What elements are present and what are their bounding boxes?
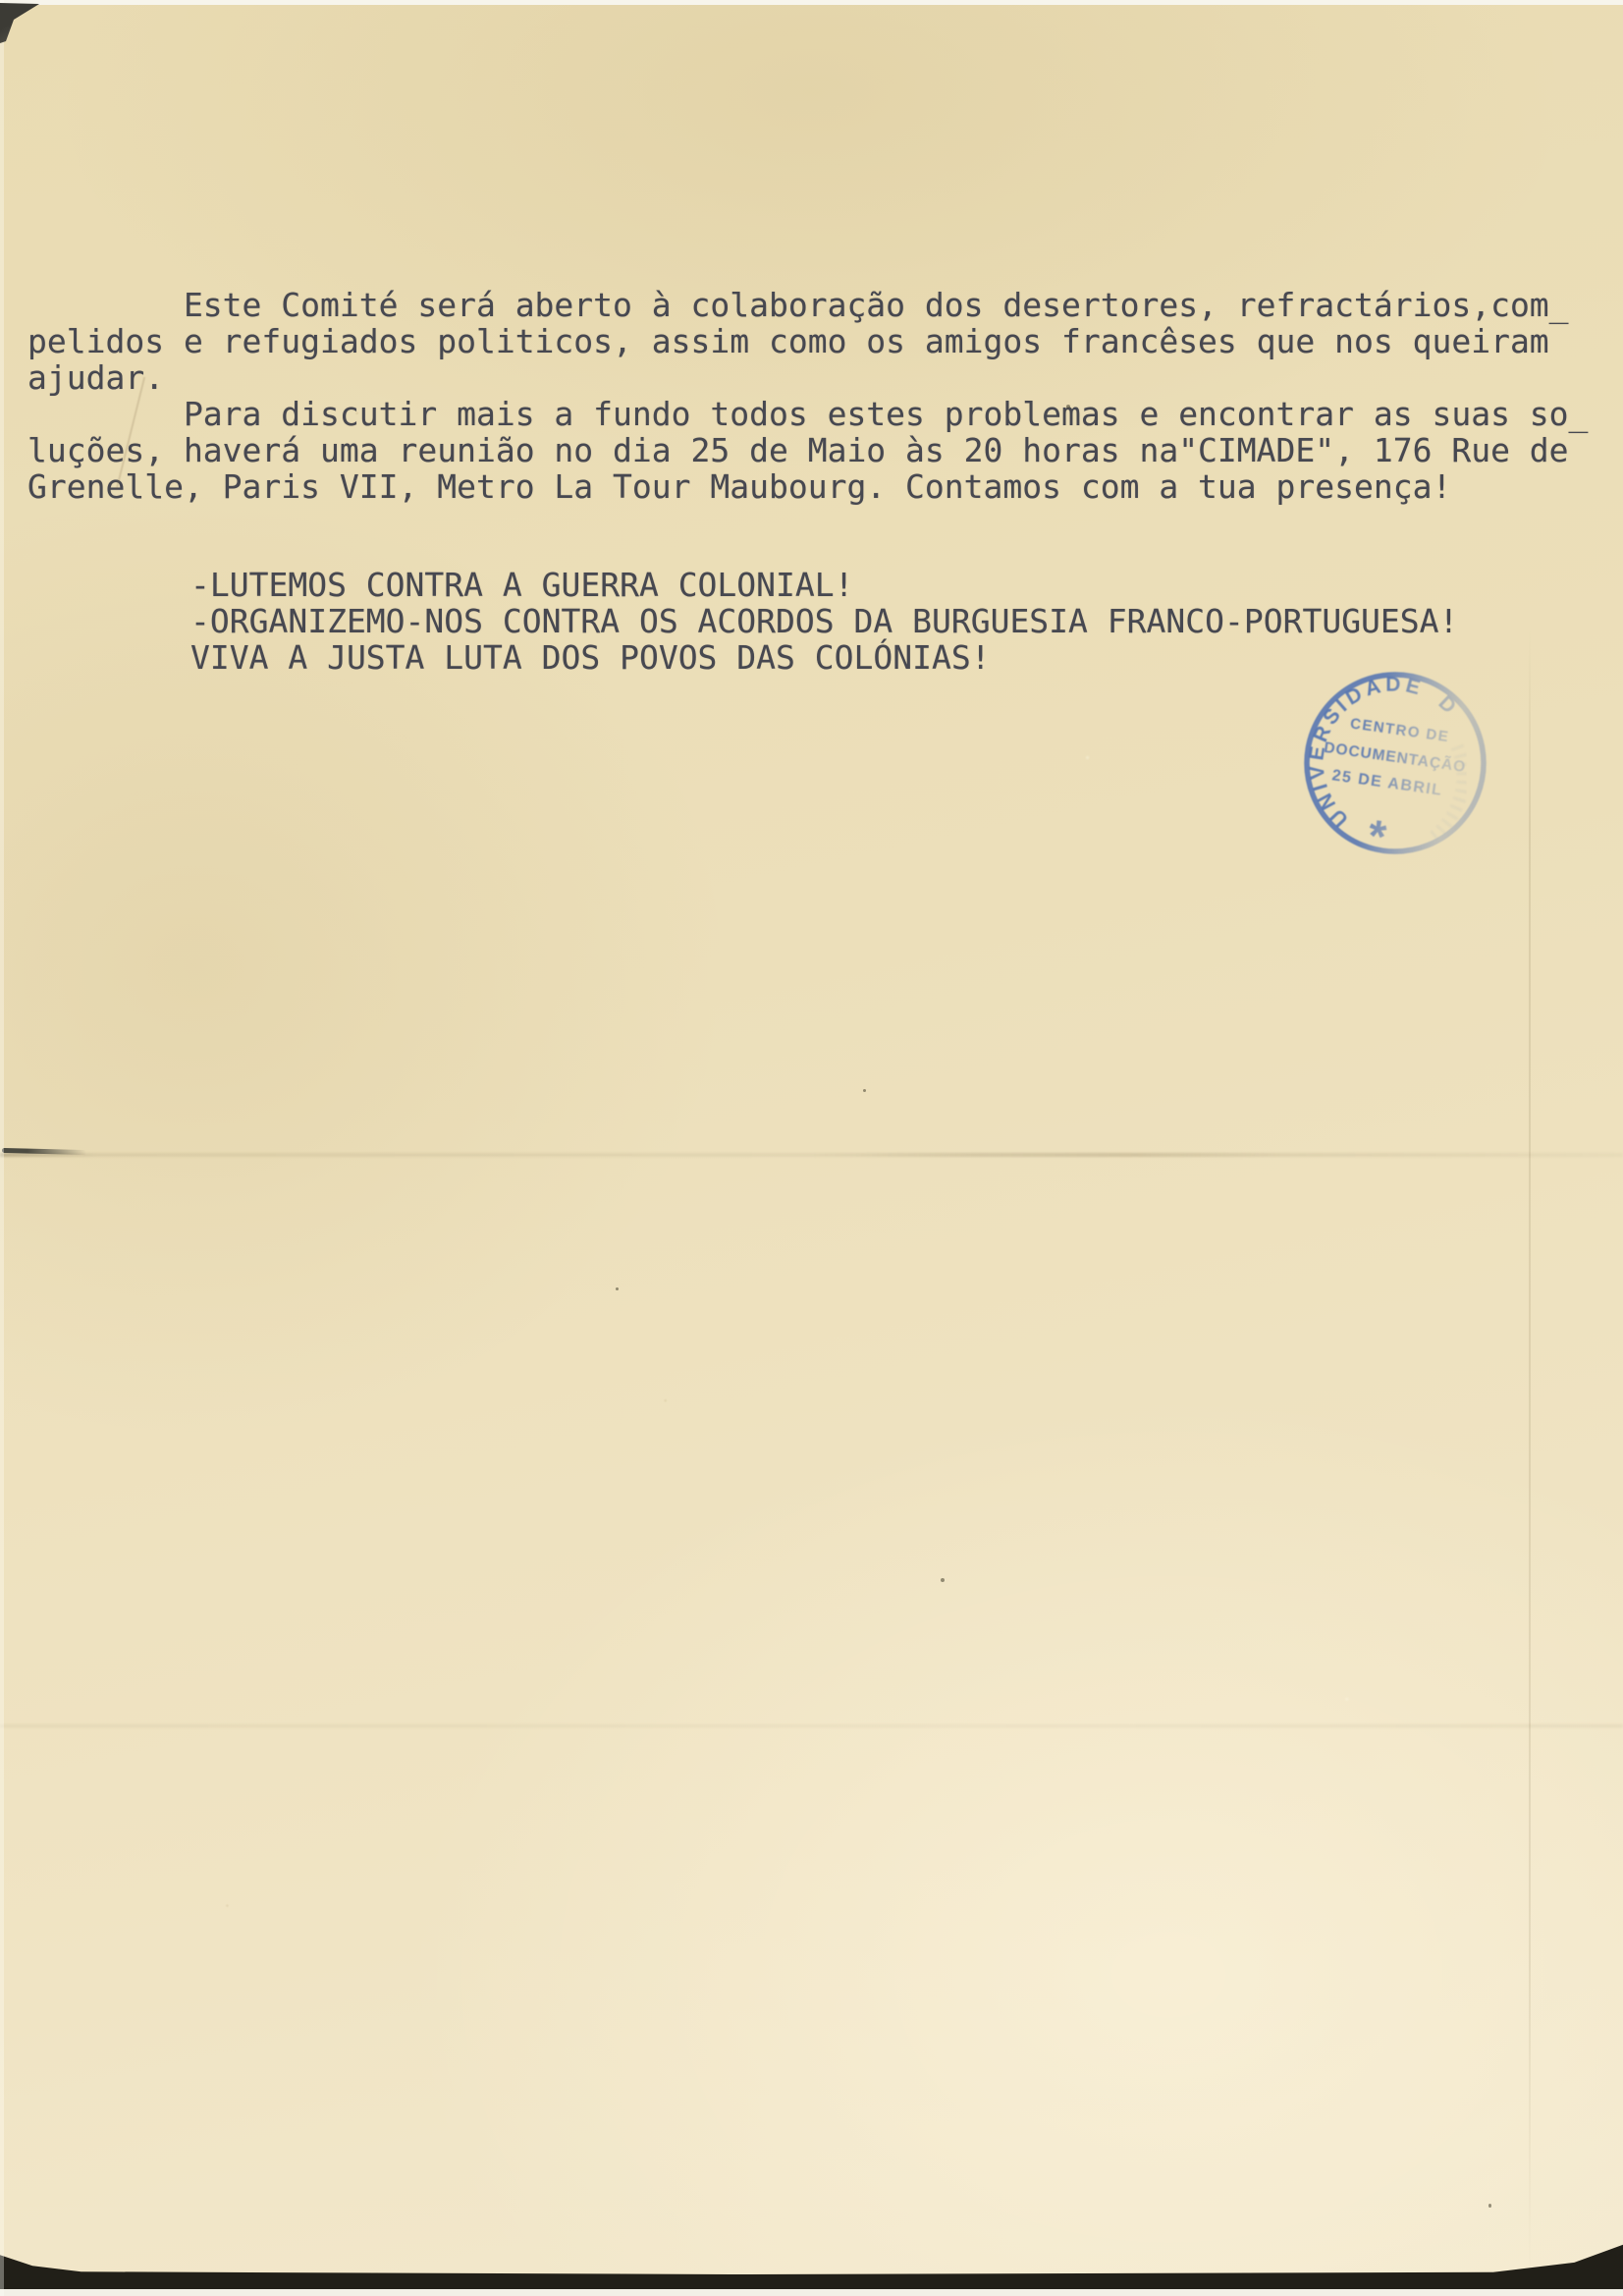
slogan-line: VIVA A JUSTA LUTA DOS POVOS DAS COLÓNIAS… [190,639,1458,676]
stamp-asterisk-symbol: * [1365,809,1389,862]
fold-crease-horizontal-faint [0,1724,1623,1727]
paper-speck [1488,2204,1491,2208]
stamp-line-1: CENTRO DE [1349,715,1450,745]
fold-crease-vertical [1529,629,1531,2288]
paper-speck [616,1287,619,1290]
slogans-block: -LUTEMOS CONTRA A GUERRA COLONIAL!-ORGAN… [190,567,1458,676]
paragraph-line: ajudar. [27,359,1588,396]
paragraph-line: Este Comité será aberto à colaboração do… [27,287,1588,323]
slogan-line: -LUTEMOS CONTRA A GUERRA COLONIAL! [190,567,1458,603]
fold-crease-horizontal [0,1153,1623,1157]
university-stamp: UNIVERSIDADE DE CENTRO DE DOCUMENTAÇÃO 2… [1292,660,1498,866]
paper-speck [863,1089,866,1092]
paragraph-2: Para discutir mais a fundo todos estes p… [27,396,1588,505]
paragraph-line: luções, haverá uma reunião no dia 25 de … [27,432,1588,468]
body-paragraphs: Este Comité será aberto à colaboração do… [27,287,1588,505]
slogan-line: -ORGANIZEMO-NOS CONTRA OS ACORDOS DA BUR… [190,603,1458,639]
scan-edge-bottom [0,2242,1623,2296]
scan-edge-top [0,0,1623,5]
paper-speck [941,1578,945,1582]
stamp-graphic: UNIVERSIDADE DE CENTRO DE DOCUMENTAÇÃO 2… [1292,660,1498,866]
scan-edge-bottom-white [0,2289,1623,2296]
paper-speck [1066,405,1070,409]
paragraph-line: pelidos e refugiados politicos, assim co… [27,323,1588,359]
stamp-arc-text: UNIVERSIDADE DE [1292,660,1463,831]
paragraph-line: Grenelle, Paris VII, Metro La Tour Maubo… [27,468,1588,505]
scan-edge-left [0,0,4,2296]
stamp-line-3: 25 DE ABRIL [1331,767,1444,799]
scan-corner-top-left [0,0,69,108]
paragraph-1: Este Comité será aberto à colaboração do… [27,287,1588,396]
paragraph-line: Para discutir mais a fundo todos estes p… [27,396,1588,432]
scanned-page: Este Comité será aberto à colaboração do… [0,0,1623,2296]
